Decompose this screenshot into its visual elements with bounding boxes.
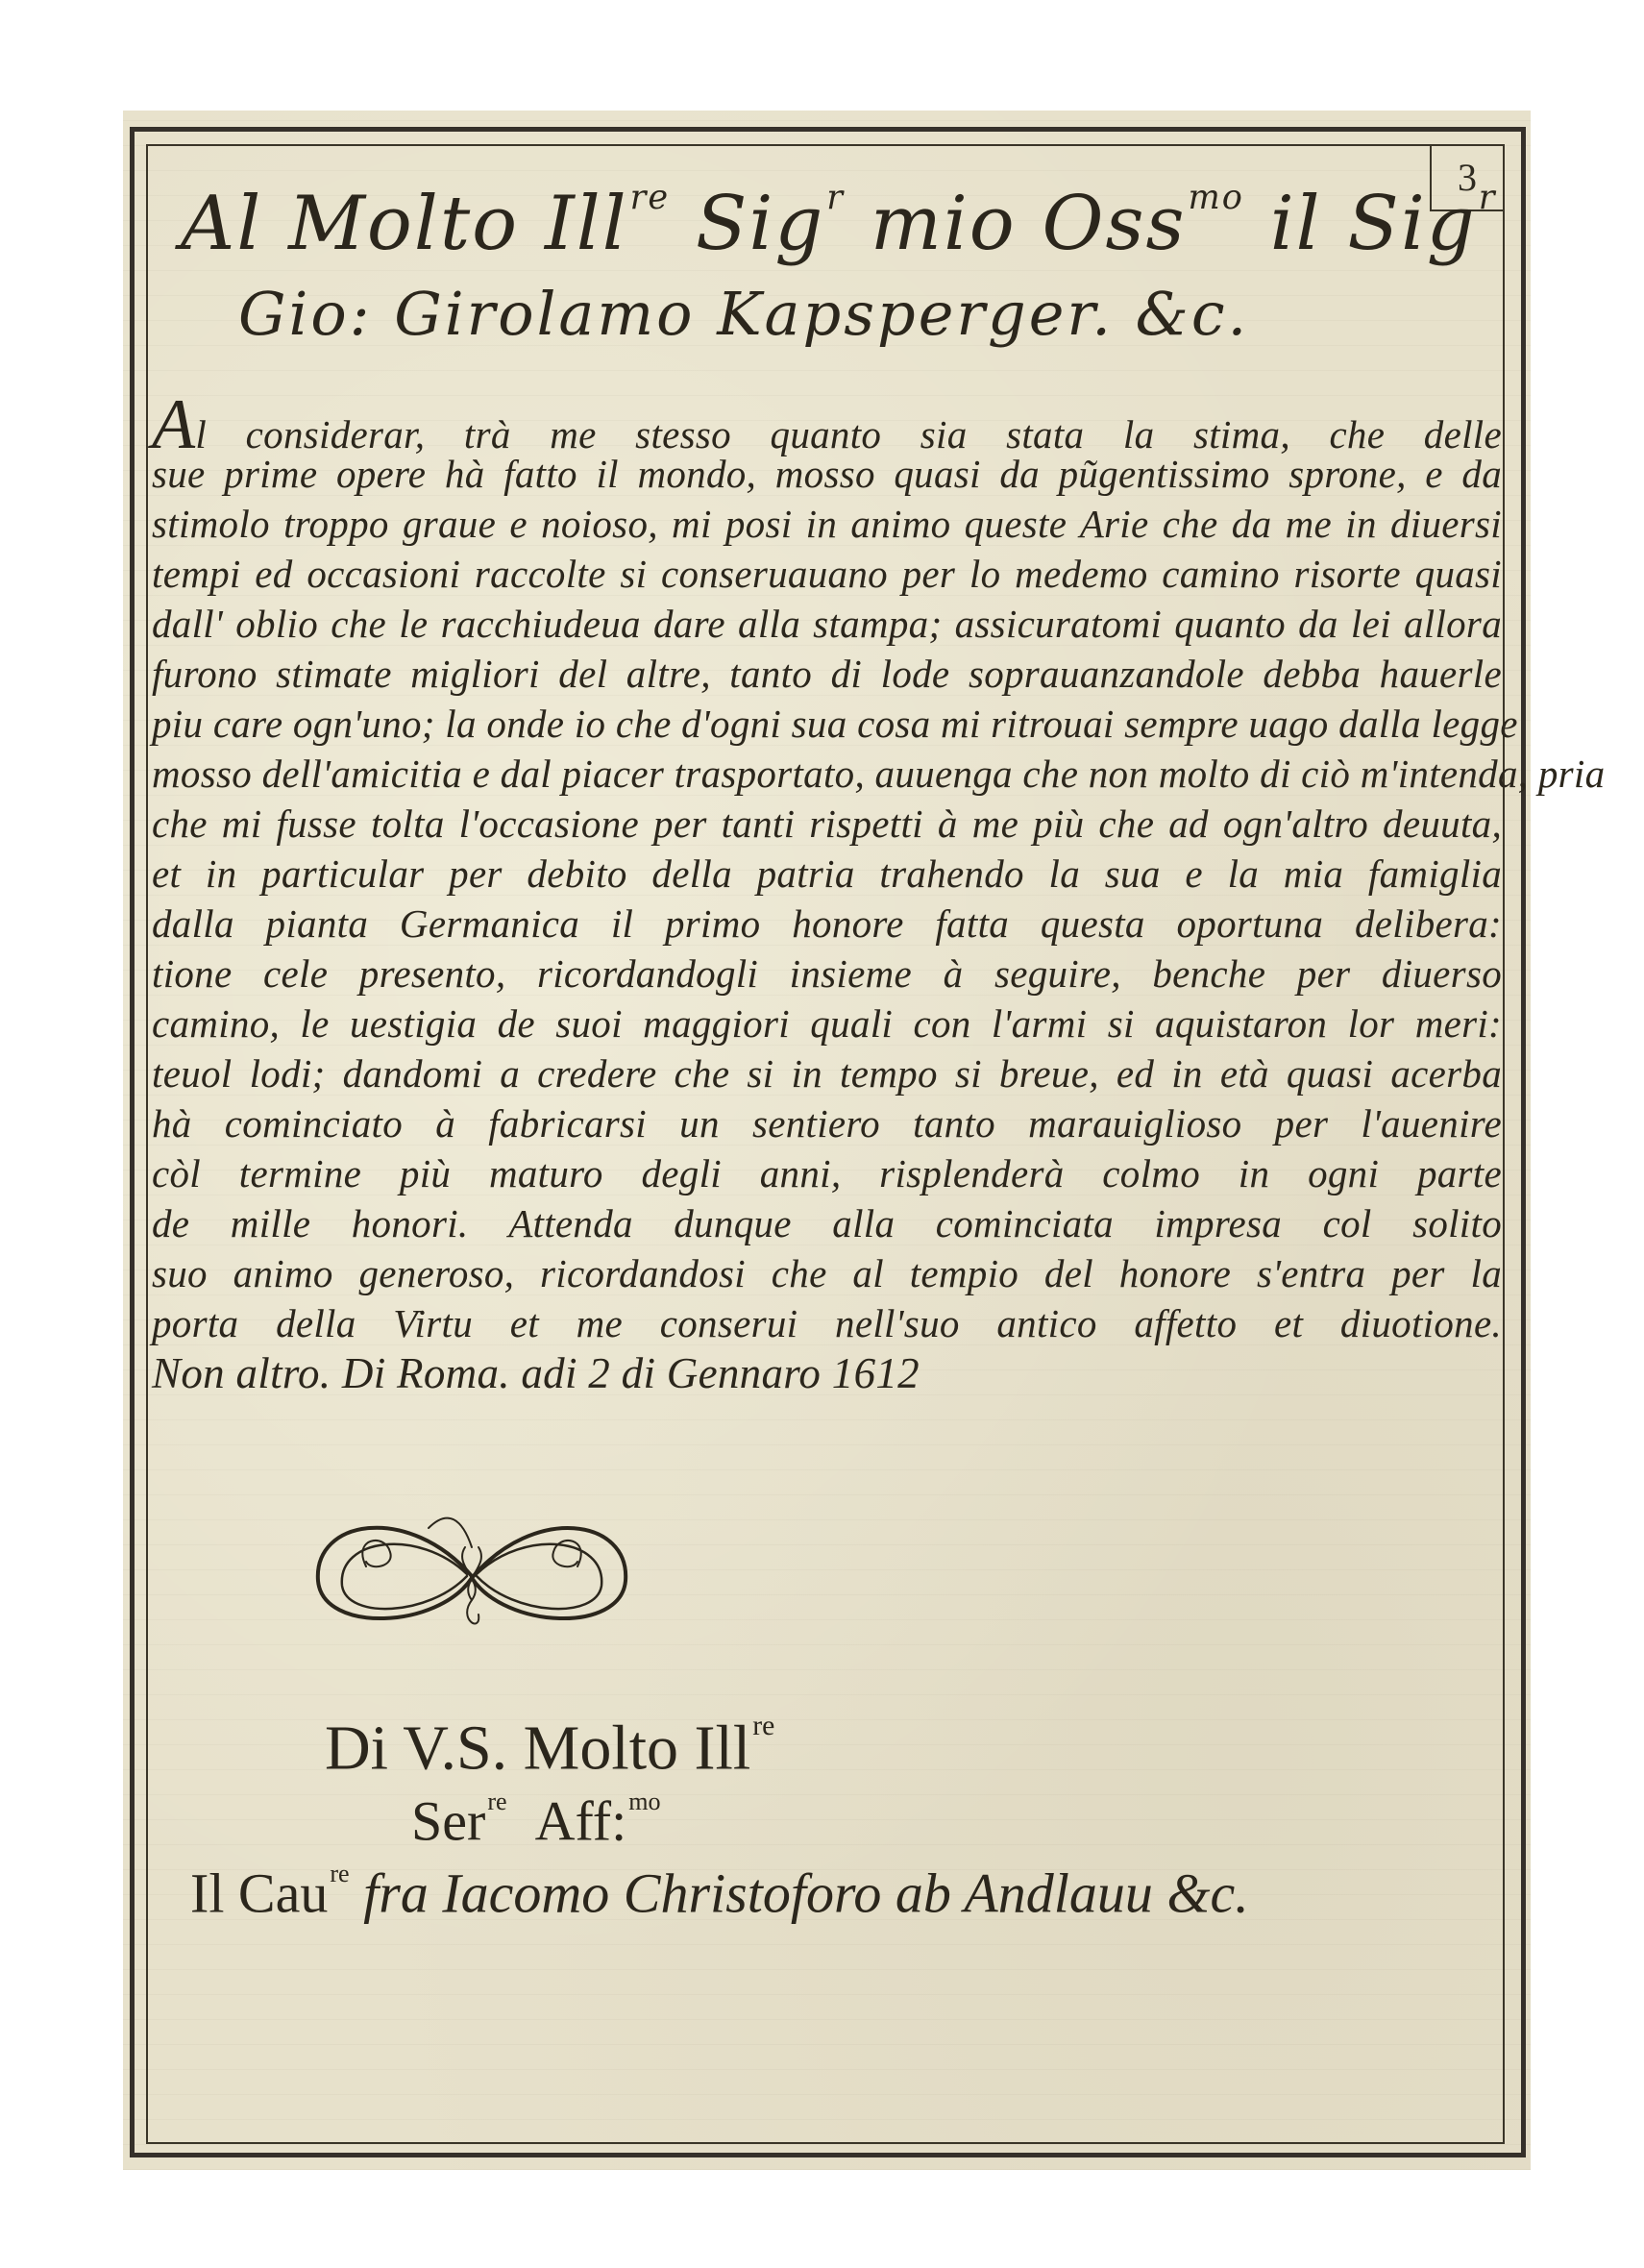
calligraphic-flourish-icon bbox=[294, 1509, 650, 1643]
address-sig: Sig bbox=[696, 181, 824, 267]
body-line: et in particular per debito della patria… bbox=[152, 849, 1502, 899]
closing-text: Di V.S. Molto Ill bbox=[325, 1713, 750, 1784]
superscript: re bbox=[330, 1860, 349, 1887]
body-line: stimolo troppo graue e noioso, mi posi i… bbox=[152, 499, 1502, 549]
body-line: sue prime opere hà fatto il mondo, mosso… bbox=[152, 449, 1502, 499]
superscript: re bbox=[487, 1787, 506, 1815]
document-page: 3 Al Molto Illre Sigr mio Ossmo il Sigr … bbox=[123, 111, 1531, 2170]
superscript: re bbox=[630, 178, 671, 217]
body-line: porta della Virtu et me conserui nell'su… bbox=[152, 1298, 1502, 1348]
address-line-2: Gio: Girolamo Kapsperger. &c. bbox=[238, 279, 1249, 349]
superscript: r bbox=[1479, 178, 1497, 217]
address-il-sig: il Sig bbox=[1270, 181, 1477, 267]
superscript: mo bbox=[628, 1787, 660, 1815]
dateline: Non altro. Di Roma. adi 2 di Gennaro 161… bbox=[152, 1348, 1502, 1398]
signature-title: Il Cau bbox=[190, 1861, 328, 1924]
superscript: mo bbox=[1189, 178, 1244, 217]
body-line: suo animo generoso, ricordandosi che al … bbox=[152, 1248, 1502, 1298]
body-line: piu care ogn'uno; la onde io che d'ogni … bbox=[152, 699, 1502, 749]
body-line: camino, le uestigia de suoi maggiori qua… bbox=[152, 998, 1502, 1048]
address-salutation: Al Molto Ill bbox=[181, 181, 628, 267]
body-line: che mi fusse tolta l'occasione per tanti… bbox=[152, 799, 1502, 849]
body-line: hà cominciato à fabricarsi un sentiero t… bbox=[152, 1098, 1502, 1148]
body-line: dall' oblio che le racchiudeua dare alla… bbox=[152, 599, 1502, 649]
signature-text: fra Iacomo Christoforo ab Andlauu &c. bbox=[363, 1861, 1249, 1924]
closing-affezionato: Aff: bbox=[535, 1789, 627, 1852]
address-mio-oss: mio Oss bbox=[871, 181, 1187, 267]
body-line: de mille honori. Attenda dunque alla com… bbox=[152, 1198, 1502, 1248]
body-line: furono stimate migliori del altre, tanto… bbox=[152, 649, 1502, 699]
body-line: teuol lodi; dandomi a credere che si in … bbox=[152, 1048, 1502, 1098]
body-line: mosso dell'amicitia e dal piacer traspor… bbox=[152, 749, 1502, 799]
body-line: Al considerar, trà me stesso quanto sia … bbox=[152, 399, 1502, 449]
address-line-1: Al Molto Illre Sigr mio Ossmo il Sigr bbox=[181, 178, 1497, 267]
body-line: còl termine più maturo degli anni, rispl… bbox=[152, 1148, 1502, 1198]
closing-line-2: Serre Aff:mo bbox=[411, 1787, 661, 1853]
closing-servitore: Ser bbox=[411, 1789, 485, 1852]
letter-body: Al considerar, trà me stesso quanto sia … bbox=[152, 399, 1502, 1398]
signature-name: Il Caure fra Iacomo Christoforo ab Andla… bbox=[190, 1860, 1249, 1925]
superscript: re bbox=[752, 1711, 774, 1741]
closing-line-1: Di V.S. Molto Illre bbox=[325, 1711, 774, 1786]
body-line: tempi ed occasioni raccolte si conseruau… bbox=[152, 549, 1502, 599]
body-line: dalla pianta Germanica il primo honore f… bbox=[152, 899, 1502, 949]
superscript: r bbox=[826, 178, 845, 217]
body-line: tione cele presento, ricordandogli insie… bbox=[152, 949, 1502, 998]
